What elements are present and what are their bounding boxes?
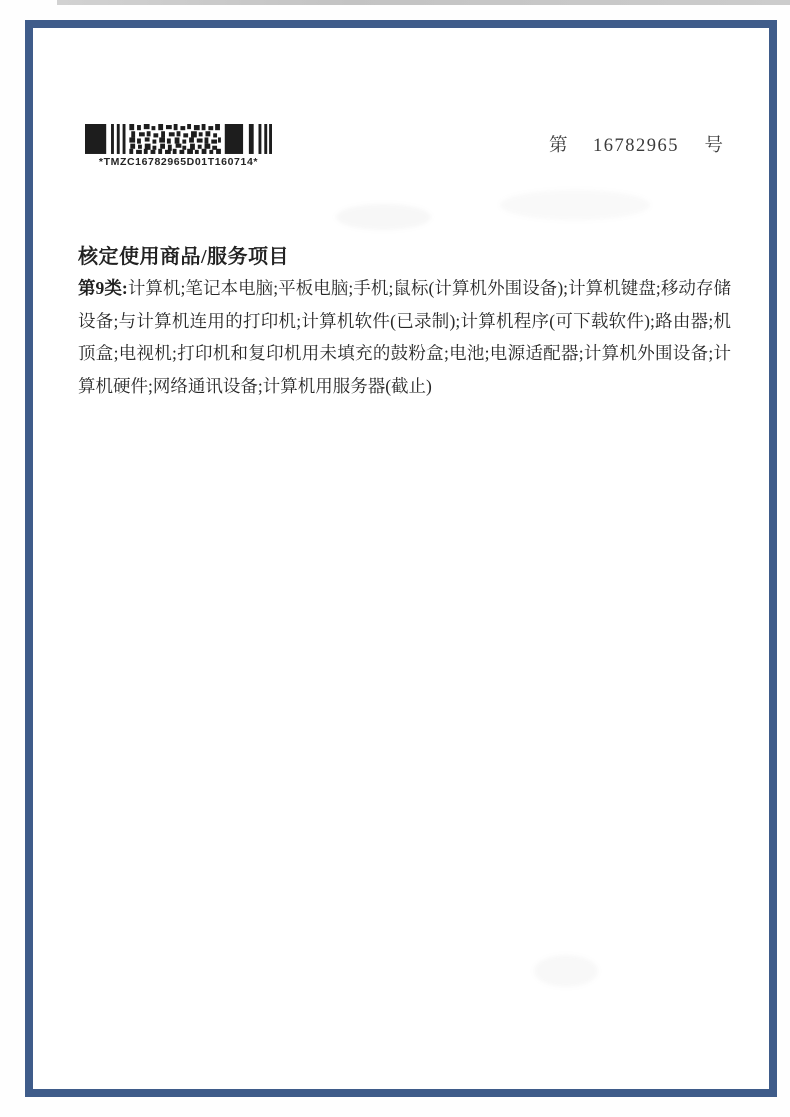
barcode: *TMZC16782965D01T160714* [85,124,272,168]
certificate-number: 第 16782965 号 [549,131,723,157]
scan-smudge [500,190,650,220]
scan-smudge [534,955,598,987]
goods-list-text: 计算机;笔记本电脑;平板电脑;手机;鼠标(计算机外围设备);计算机键盘;移动存储… [78,278,731,396]
cert-number-prefix: 第 [549,131,568,157]
class-label: 第9类: [78,278,128,298]
barcode-image [85,124,272,155]
cert-number-suffix: 号 [704,131,723,157]
certificate-page: *TMZC16782965D01T160714* 第 16782965 号 核定… [0,0,790,1117]
section-heading: 核定使用商品/服务项目 [78,240,289,269]
scan-edge-artifact [57,0,790,5]
goods-services-paragraph: 第9类:计算机;笔记本电脑;平板电脑;手机;鼠标(计算机外围设备);计算机键盘;… [78,272,731,402]
certificate-border-frame [25,20,777,1097]
scan-smudge [336,204,431,230]
barcode-text: *TMZC16782965D01T160714* [85,156,272,168]
cert-number-value: 16782965 [593,136,679,157]
